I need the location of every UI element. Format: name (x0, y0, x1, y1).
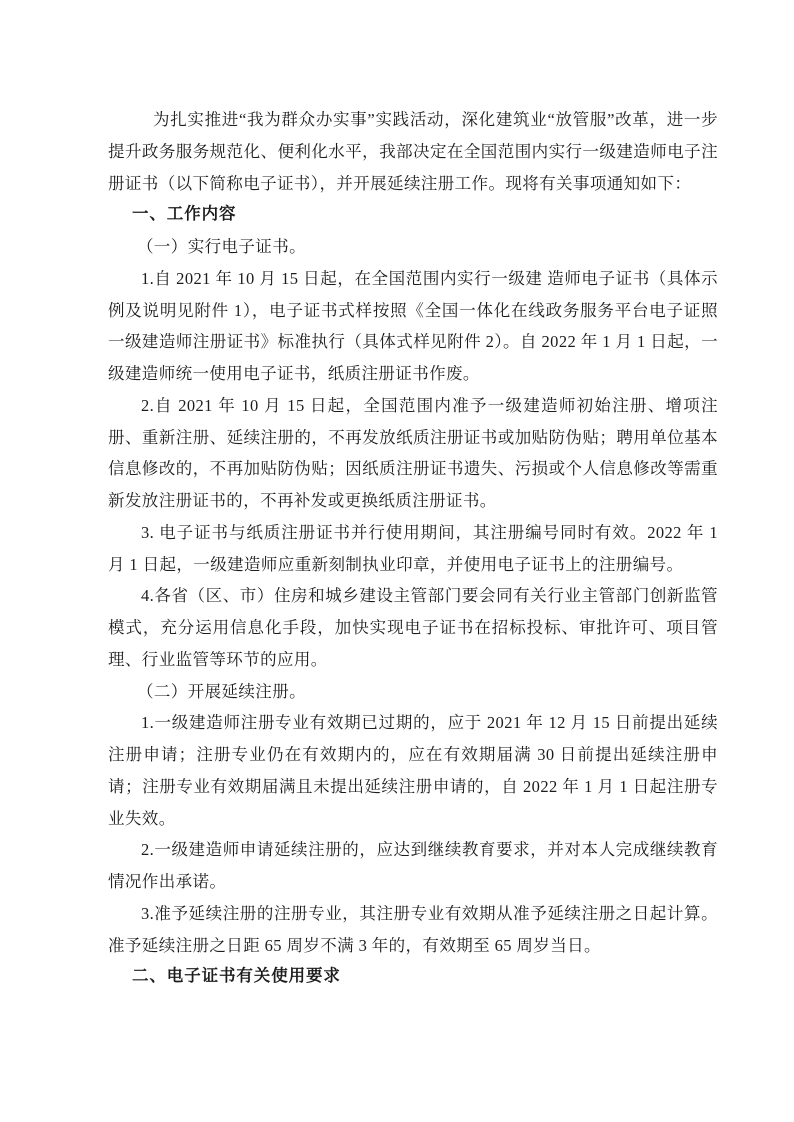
subheading-renewal-registration: （二）开展延续注册。 (108, 676, 718, 708)
subheading-implement-e-certificate: （一）实行电子证书。 (108, 231, 718, 263)
paragraph-e-certificate-item-1: 1.自 2021 年 10 月 15 日起，在全国范围内实行一级建 造师电子证书… (108, 263, 718, 390)
document-page: 为扎实推进“我为群众办实事”实践活动，深化建筑业“放管服”改革，进一步提升政务服… (0, 0, 794, 1122)
paragraph-renewal-item-2: 2.一级建造师申请延续注册的，应达到继续教育要求，并对本人完成继续教育情况作出承… (108, 834, 718, 898)
document-body: 为扎实推进“我为群众办实事”实践活动，深化建筑业“放管服”改革，进一步提升政务服… (108, 104, 718, 993)
paragraph-renewal-item-3: 3.准予延续注册的注册专业，其注册专业有效期从准予延续注册之日起计算。准予延续注… (108, 898, 718, 962)
section-heading-usage-requirements: 二、电子证书有关使用要求 (108, 961, 718, 993)
section-heading-work-content: 一、工作内容 (108, 199, 718, 231)
paragraph-renewal-item-1: 1.一级建造师注册专业有效期已过期的，应于 2021 年 12 月 15 日前提… (108, 707, 718, 834)
paragraph-e-certificate-item-2: 2.自 2021 年 10 月 15 日起，全国范围内准予一级建造师初始注册、增… (108, 390, 718, 517)
paragraph-e-certificate-item-3: 3. 电子证书与纸质注册证书并行使用期间，其注册编号同时有效。2022 年 1 … (108, 517, 718, 581)
paragraph-intro: 为扎实推进“我为群众办实事”实践活动，深化建筑业“放管服”改革，进一步提升政务服… (108, 104, 718, 199)
paragraph-e-certificate-item-4: 4.各省（区、市）住房和城乡建设主管部门要会同有关行业主管部门创新监管模式，充分… (108, 580, 718, 675)
